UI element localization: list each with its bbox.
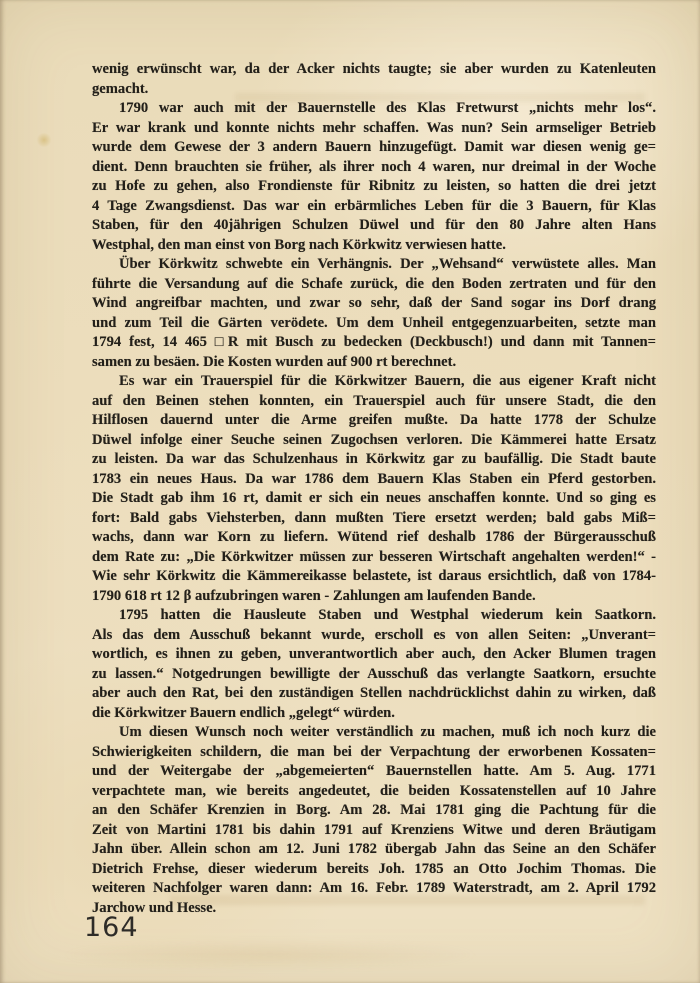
text-line: zu leisten. Da war das Schulzenhaus in K… [92, 450, 656, 470]
text-line: Jarchow und Hesse. [92, 899, 656, 919]
text-line: an den Schäfer Krenzien in Borg. Am 28. … [92, 801, 656, 821]
text-line: samen zu besäen. Die Kosten wurden auf 9… [92, 353, 656, 373]
text-line: Staben, für den 40jährigen Schulzen Düwe… [92, 216, 656, 236]
text-line: und zum Teil die Gärten verödete. Um dem… [92, 314, 656, 334]
book-page: wenig erwünscht war, da der Acker nichts… [0, 0, 700, 983]
text-line: 1795 hatten die Hausleute Staben und Wes… [92, 606, 656, 626]
text-line: auf den Beinen stehen konnten, ein Traue… [92, 392, 656, 412]
page-number: 164 [84, 912, 139, 943]
text-line: wachs, dann war Korn zu liefern. Wütend … [92, 528, 656, 548]
text-line: Zeit von Martini 1781 bis dahin 1791 auf… [92, 821, 656, 841]
text-line: aber auch den Rat, bei den zuständigen S… [92, 684, 656, 704]
text-line: und der Weitergabe der „abgemeierten“ Ba… [92, 762, 656, 782]
text-line: 1790 war auch mit der Bauernstelle des K… [92, 99, 656, 119]
text-line: Über Körkwitz schwebte ein Verhängnis. D… [92, 255, 656, 275]
text-line: Hilflosen dauernd unter die Arme greifen… [92, 411, 656, 431]
text-line: 4 Tage Zwangsdienst. Das war ein erbärml… [92, 197, 656, 217]
text-line: die Körkwitzer Bauern endlich „gelegt“ w… [92, 704, 656, 724]
text-line: fort: Bald gabs Viehsterben, dann mußten… [92, 509, 656, 529]
text-line: wenig erwünscht war, da der Acker nichts… [92, 60, 656, 80]
text-line: Die Stadt gab ihm 16 rt, damit er sich e… [92, 489, 656, 509]
paragraph: Es war ein Trauerspiel für die Körkwitze… [92, 372, 656, 606]
text-line: zu Hofe zu gehen, also Frondienste für R… [92, 177, 656, 197]
paragraph: Über Körkwitz schwebte ein Verhängnis. D… [92, 255, 656, 372]
text-line: wortlich, es ihnen zu geben, unverantwor… [92, 645, 656, 665]
text-line: Er war krank und konnte nichts mehr scha… [92, 119, 656, 139]
text-line: Wind angreifbar machten, und zwar so seh… [92, 294, 656, 314]
text-line: weiteren Nachfolger waren dann: Am 16. F… [92, 879, 656, 899]
text-line: Dietrich Frehse, dieser wiederum bereits… [92, 860, 656, 880]
text-line: 1783 ein neues Haus. Da war 1786 dem Bau… [92, 470, 656, 490]
text-line: Düwel infolge einer Seuche seinen Zugoch… [92, 431, 656, 451]
text-line: gemacht. [92, 80, 656, 100]
text-line: wurde dem Gewese der 3 andern Bauern hin… [92, 138, 656, 158]
paragraph: wenig erwünscht war, da der Acker nichts… [92, 60, 656, 99]
text-line: 1790 618 rt 12 β aufzubringen waren - Za… [92, 587, 656, 607]
paragraph: Um diesen Wunsch noch weiter verständlic… [92, 723, 656, 918]
text-line: Es war ein Trauerspiel für die Körkwitze… [92, 372, 656, 392]
text-line: dient. Denn brauchten sie früher, als ih… [92, 158, 656, 178]
text-line: führte die Versandung auf die Schafe zur… [92, 275, 656, 295]
text-line: dem Rate zu: „Die Körkwitzer müssen zur … [92, 548, 656, 568]
text-line: Westphal, den man einst von Borg nach Kö… [92, 236, 656, 256]
text-line: Wie sehr Körkwitz die Kämmereikasse bela… [92, 567, 656, 587]
text-line: zu lassen.“ Notgedrungen bewilligte der … [92, 665, 656, 685]
text-line: Jahn über. Allein schon am 12. Juni 1782… [92, 840, 656, 860]
paragraph: 1795 hatten die Hausleute Staben und Wes… [92, 606, 656, 723]
paper-stain [60, 940, 480, 970]
text-line: verpachtete man, wie bereits angedeutet,… [92, 782, 656, 802]
text-line: 1794 fest, 14 465 □R mit Busch zu bedeck… [92, 333, 656, 353]
paragraph: 1790 war auch mit der Bauernstelle des K… [92, 99, 656, 255]
text-line: Als das dem Ausschuß bekannt wurde, ersc… [92, 626, 656, 646]
paper-stain [36, 133, 52, 147]
page-text: wenig erwünscht war, da der Acker nichts… [92, 60, 656, 918]
text-line: Um diesen Wunsch noch weiter verständlic… [92, 723, 656, 743]
text-line: Schwierigkeiten schildern, die man bei d… [92, 743, 656, 763]
